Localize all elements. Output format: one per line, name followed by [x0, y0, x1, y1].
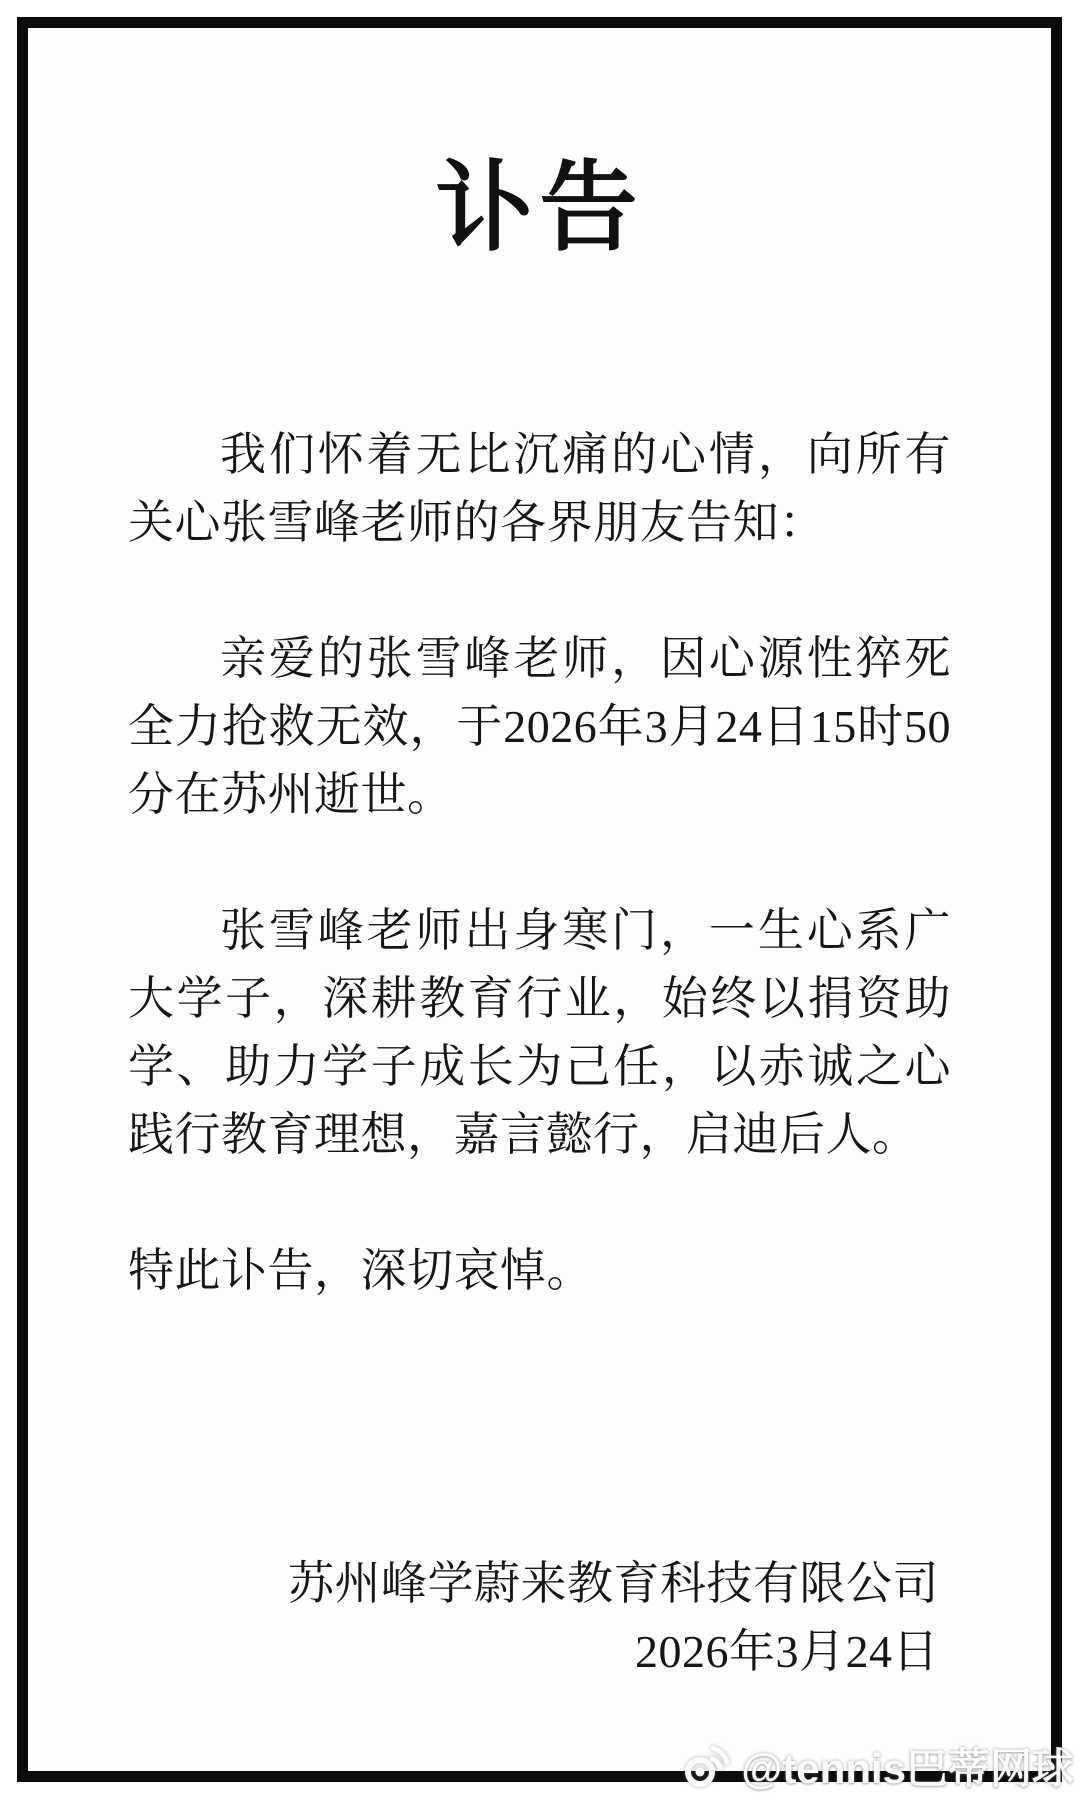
paragraph-biography: 张雪峰老师出身寒门，一生心系广大学子，深耕教育行业，始终以捐资助学、助力学子成长… [128, 897, 951, 1169]
paragraph-death-announcement: 亲爱的张雪峰老师，因心源性猝死全力抢救无效，于2026年3月24日15时50分在… [128, 625, 951, 829]
watermark: @tennis巴蒂网球 [681, 1736, 1074, 1796]
closing-line: 特此讣告，深切哀悼。 [128, 1237, 951, 1305]
obituary-page: 讣告 我们怀着无比沉痛的心情，向所有关心张雪峰老师的各界朋友告知： 亲爱的张雪峰… [0, 0, 1080, 1800]
watermark-text: @tennis巴蒂网球 [741, 1736, 1074, 1796]
signature-company: 苏州峰学蔚来教育科技有限公司 [128, 1550, 939, 1618]
paragraph-intro: 我们怀着无比沉痛的心情，向所有关心张雪峰老师的各界朋友告知： [128, 421, 951, 557]
weibo-icon [681, 1743, 731, 1789]
page-title: 讣告 [128, 158, 951, 256]
signature-block: 苏州峰学蔚来教育科技有限公司 2026年3月24日 [128, 1550, 951, 1686]
signature-date: 2026年3月24日 [128, 1618, 939, 1686]
document-frame: 讣告 我们怀着无比沉痛的心情，向所有关心张雪峰老师的各界朋友告知： 亲爱的张雪峰… [17, 17, 1062, 1782]
